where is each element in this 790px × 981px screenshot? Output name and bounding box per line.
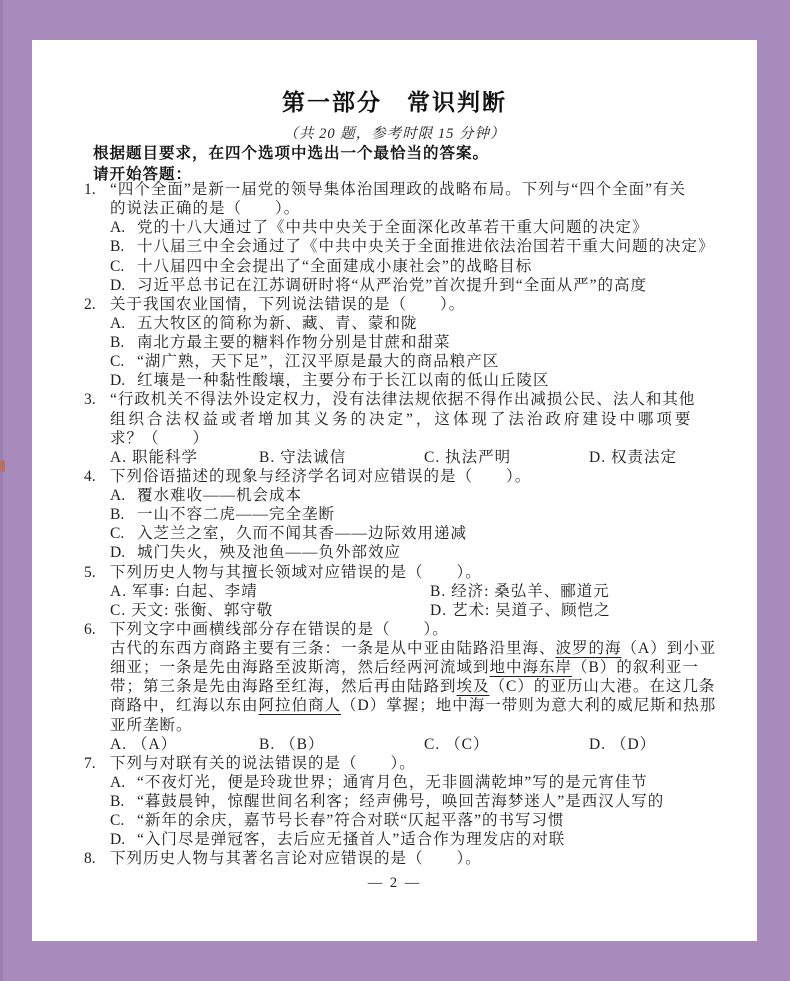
paragraph-text: 古代的东西方商路主要有三条：一条是从中亚由陆路沿里海、 <box>110 640 556 657</box>
doc-line: 的说法正确的是（ ）。 <box>84 199 729 218</box>
doc-line: 6.下列文字中画横线部分存在错误的是（ ）。 <box>84 620 729 639</box>
option-text: “暮鼓晨钟，惊醒世间名利客；经声佛号，唤回苦海梦迷人”是西汉人写的 <box>137 793 664 810</box>
paragraph-text: （D）掌握；地中海一带则为意大利的威尼斯和热那 <box>341 697 716 714</box>
question-stem-text: 关于我国农业国情，下列说法错误的是（ ）。 <box>110 296 465 313</box>
doc-line: 3.“行政机关不得法外设定权力，没有法律法规依据不得作出减损公民、法人和其他 <box>84 390 729 409</box>
doc-line: 求？（ ） <box>84 429 729 448</box>
option-cell: D. （D） <box>589 735 656 754</box>
doc-line: D.习近平总书记在江苏调研时将“从严治党”首次提升到“全面从严”的高度 <box>84 276 729 295</box>
option-letter: A. <box>110 773 137 792</box>
option-text: 党的十八大通过了《中共中央关于全面深化改革若干重大问题的决定》 <box>137 219 649 236</box>
doc-line: A.覆水难收——机会成本 <box>84 486 729 505</box>
doc-line: D.“入门尽是弹冠客，去后应无搔首人”适合作为理发店的对联 <box>84 830 729 849</box>
doc-line: 2.关于我国农业国情，下列说法错误的是（ ）。 <box>84 295 729 314</box>
option-letter: A. <box>110 314 137 333</box>
option-text: “新年的余庆，嘉节号长春”符合对联“仄起平落”的书写习惯 <box>137 812 565 829</box>
underlined-text: 埃及 <box>457 678 490 695</box>
paragraph-text: 带；第三条是先由海路至红海，然后再由陆路到 <box>110 678 457 695</box>
exam-instruction: 根据题目要求，在四个选项中选出一个最恰当的答案。 <box>93 141 489 163</box>
doc-line: C.入芝兰之室，久而不闻其香——边际效用递减 <box>84 524 729 543</box>
doc-line: D.红壤是一种黏性酸壤，主要分布于长江以南的低山丘陵区 <box>84 371 729 390</box>
question-stem-text: 下列文字中画横线部分存在错误的是（ ）。 <box>110 621 449 638</box>
question-stem-text: 下列俗语描述的现象与经济学名词对应错误的是（ ）。 <box>110 468 531 485</box>
option-letter: C. <box>110 352 137 371</box>
option-cell: B. 经济: 桑弘羊、郦道元 <box>430 582 610 601</box>
option-text: 十八届三中全会通过了《中共中央关于全面推进依法治国若干重大问题的决定》 <box>137 238 715 255</box>
doc-line: 8.下列历史人物与其著名言论对应错误的是（ ）。 <box>84 849 729 868</box>
scanned-exam-page: { "colors": { "frame_purple": "#a78bbd",… <box>0 0 790 981</box>
option-cell: C. 执法严明 <box>424 448 511 467</box>
doc-line: 亚所垄断。 <box>84 716 729 735</box>
option-cell: D. 艺术: 吴道子、顾恺之 <box>430 601 611 620</box>
option-text: “入门尽是弹冠客，去后应无搔首人”适合作为理发店的对联 <box>137 831 565 848</box>
doc-line: 5.下列历史人物与其擅长领域对应错误的是（ ）。 <box>84 563 729 582</box>
option-letter: D. <box>110 371 137 390</box>
doc-line: 带；第三条是先由海路至红海，然后再由陆路到埃及（C）的亚历山大港。在这几条 <box>84 677 729 696</box>
underlined-text: 阿拉伯商人 <box>259 697 342 714</box>
doc-line: C.十八届四中全会提出了“全面建成小康社会”的战略目标 <box>84 257 729 276</box>
underlined-text: 地中海东岸 <box>490 659 573 676</box>
question-stem-text: “行政机关不得法外设定权力，没有法律法规依据不得作出减损公民、法人和其他 <box>110 391 695 408</box>
option-letter: C. <box>110 257 137 276</box>
option-letter: D. <box>110 276 137 295</box>
paragraph-text: （B）的叙利亚一 <box>572 659 699 676</box>
doc-line: 细亚；一条是先由海路至波斯湾，然后经两河流域到地中海东岸（B）的叙利亚一 <box>84 658 729 677</box>
option-cell: C. （C） <box>424 735 489 754</box>
option-cell: B. （B） <box>259 735 324 754</box>
doc-line: 组织合法权益或者增加其义务的决定”，这体现了法治政府建设中哪项要 <box>84 410 729 429</box>
continuation-text: 组织合法权益或者增加其义务的决定”，这体现了法治政府建设中哪项要 <box>110 411 693 428</box>
question-number: 2. <box>84 295 110 314</box>
paragraph-text: （A）到小亚 <box>622 640 717 657</box>
continuation-text: 求？（ ） <box>110 430 209 447</box>
option-cell: C. 天文: 张衡、郭守敬 <box>110 601 273 620</box>
option-letter: B. <box>110 237 137 256</box>
doc-line: A. 职能科学B. 守法诚信C. 执法严明D. 权责法定 <box>84 448 729 467</box>
question-number: 5. <box>84 563 110 582</box>
doc-line: A. 军事: 白起、李靖B. 经济: 桑弘羊、郦道元 <box>84 582 729 601</box>
option-cell: A. （A） <box>110 735 177 754</box>
option-text: 城门失火，殃及池鱼——负外部效应 <box>137 544 401 561</box>
option-text: 覆水难收——机会成本 <box>137 487 302 504</box>
option-cell: B. 守法诚信 <box>259 448 346 467</box>
option-text: 五大牧区的简称为新、藏、青、蒙和陇 <box>137 315 418 332</box>
question-stem-text: 下列历史人物与其著名言论对应错误的是（ ）。 <box>110 850 482 867</box>
option-cell: A. 军事: 白起、李靖 <box>110 582 258 601</box>
exam-paper-page: 第一部分 常识判断 （共 20 题，参考时限 15 分钟） 根据题目要求，在四个… <box>32 40 757 941</box>
option-text: 十八届四中全会提出了“全面建成小康社会”的战略目标 <box>137 258 532 275</box>
doc-line: 4.下列俗语描述的现象与经济学名词对应错误的是（ ）。 <box>84 467 729 486</box>
paragraph-text: （C）的亚历山大港。在这几条 <box>490 678 716 695</box>
scan-edge-artifact <box>0 460 5 472</box>
question-number: 7. <box>84 754 110 773</box>
part-subtitle: （共 20 题，参考时限 15 分钟） <box>32 122 757 143</box>
part-title: 第一部分 常识判断 <box>32 84 757 117</box>
question-number: 1. <box>84 180 110 199</box>
paragraph-text: 细亚；一条是先由海路至波斯湾，然后经两河流域到 <box>110 659 490 676</box>
question-number: 4. <box>84 467 110 486</box>
doc-line: C. 天文: 张衡、郭守敬D. 艺术: 吴道子、顾恺之 <box>84 601 729 620</box>
option-cell: D. 权责法定 <box>589 448 677 467</box>
question-number: 3. <box>84 390 110 409</box>
option-letter: C. <box>110 811 137 830</box>
doc-line: A.五大牧区的简称为新、藏、青、蒙和陇 <box>84 314 729 333</box>
question-stem-text: 下列与对联有关的说法错误的是（ ）。 <box>110 755 416 772</box>
underlined-text: 波罗的海 <box>556 640 622 657</box>
question-lines: 1.“四个全面”是新一届党的领导集体治国理政的战略布局。下列与“四个全面”有关的… <box>84 180 729 869</box>
option-text: 红壤是一种黏性酸壤，主要分布于长江以南的低山丘陵区 <box>137 372 550 389</box>
doc-line: C.“湖广熟，天下足”，江汉平原是最大的商品粮产区 <box>84 352 729 371</box>
option-letter: B. <box>110 792 137 811</box>
purple-frame-edge <box>0 0 3 981</box>
option-letter: B. <box>110 333 137 352</box>
doc-line: 1.“四个全面”是新一届党的领导集体治国理政的战略布局。下列与“四个全面”有关 <box>84 180 729 199</box>
paragraph-text: 商路中，红海以东由 <box>110 697 259 714</box>
option-letter: C. <box>110 524 137 543</box>
option-text: 入芝兰之室，久而不闻其香——边际效用递减 <box>137 525 467 542</box>
option-text: 南北方最主要的糖料作物分别是甘蔗和甜菜 <box>137 334 451 351</box>
doc-line: B.十八届三中全会通过了《中共中央关于全面推进依法治国若干重大问题的决定》 <box>84 237 729 256</box>
option-text: 一山不容二虎——完全垄断 <box>137 506 335 523</box>
option-letter: A. <box>110 218 137 237</box>
option-letter: D. <box>110 830 137 849</box>
option-letter: A. <box>110 486 137 505</box>
doc-line: 古代的东西方商路主要有三条：一条是从中亚由陆路沿里海、波罗的海（A）到小亚 <box>84 639 729 658</box>
continuation-text: 亚所垄断。 <box>110 717 193 734</box>
option-text: “湖广熟，天下足”，江汉平原是最大的商品粮产区 <box>137 353 499 370</box>
doc-line: B.南北方最主要的糖料作物分别是甘蔗和甜菜 <box>84 333 729 352</box>
doc-line: 7.下列与对联有关的说法错误的是（ ）。 <box>84 754 729 773</box>
doc-line: A.“不夜灯光，便是玲珑世界；通宵月色，无非圆满乾坤”写的是元宵佳节 <box>84 773 729 792</box>
option-cell: A. 职能科学 <box>110 448 198 467</box>
doc-line: D.城门失火，殃及池鱼——负外部效应 <box>84 543 729 562</box>
question-number: 8. <box>84 849 110 868</box>
option-letter: B. <box>110 505 137 524</box>
doc-line: C.“新年的余庆，嘉节号长春”符合对联“仄起平落”的书写习惯 <box>84 811 729 830</box>
question-stem-text: “四个全面”是新一届党的领导集体治国理政的战略布局。下列与“四个全面”有关 <box>110 181 686 198</box>
doc-line: B.一山不容二虎——完全垄断 <box>84 505 729 524</box>
question-stem-text: 下列历史人物与其擅长领域对应错误的是（ ）。 <box>110 564 482 581</box>
continuation-text: 的说法正确的是（ ）。 <box>110 200 300 217</box>
page-number: — 2 — <box>32 875 757 892</box>
doc-line: A.党的十八大通过了《中共中央关于全面深化改革若干重大问题的决定》 <box>84 218 729 237</box>
doc-line: B.“暮鼓晨钟，惊醒世间名利客；经声佛号，唤回苦海梦迷人”是西汉人写的 <box>84 792 729 811</box>
doc-line: A. （A）B. （B）C. （C）D. （D） <box>84 735 729 754</box>
option-letter: D. <box>110 543 137 562</box>
option-text: “不夜灯光，便是玲珑世界；通宵月色，无非圆满乾坤”写的是元宵佳节 <box>137 774 648 791</box>
option-text: 习近平总书记在江苏调研时将“从严治党”首次提升到“全面从严”的高度 <box>137 277 647 294</box>
doc-line: 商路中，红海以东由阿拉伯商人（D）掌握；地中海一带则为意大利的威尼斯和热那 <box>84 696 729 715</box>
question-number: 6. <box>84 620 110 639</box>
